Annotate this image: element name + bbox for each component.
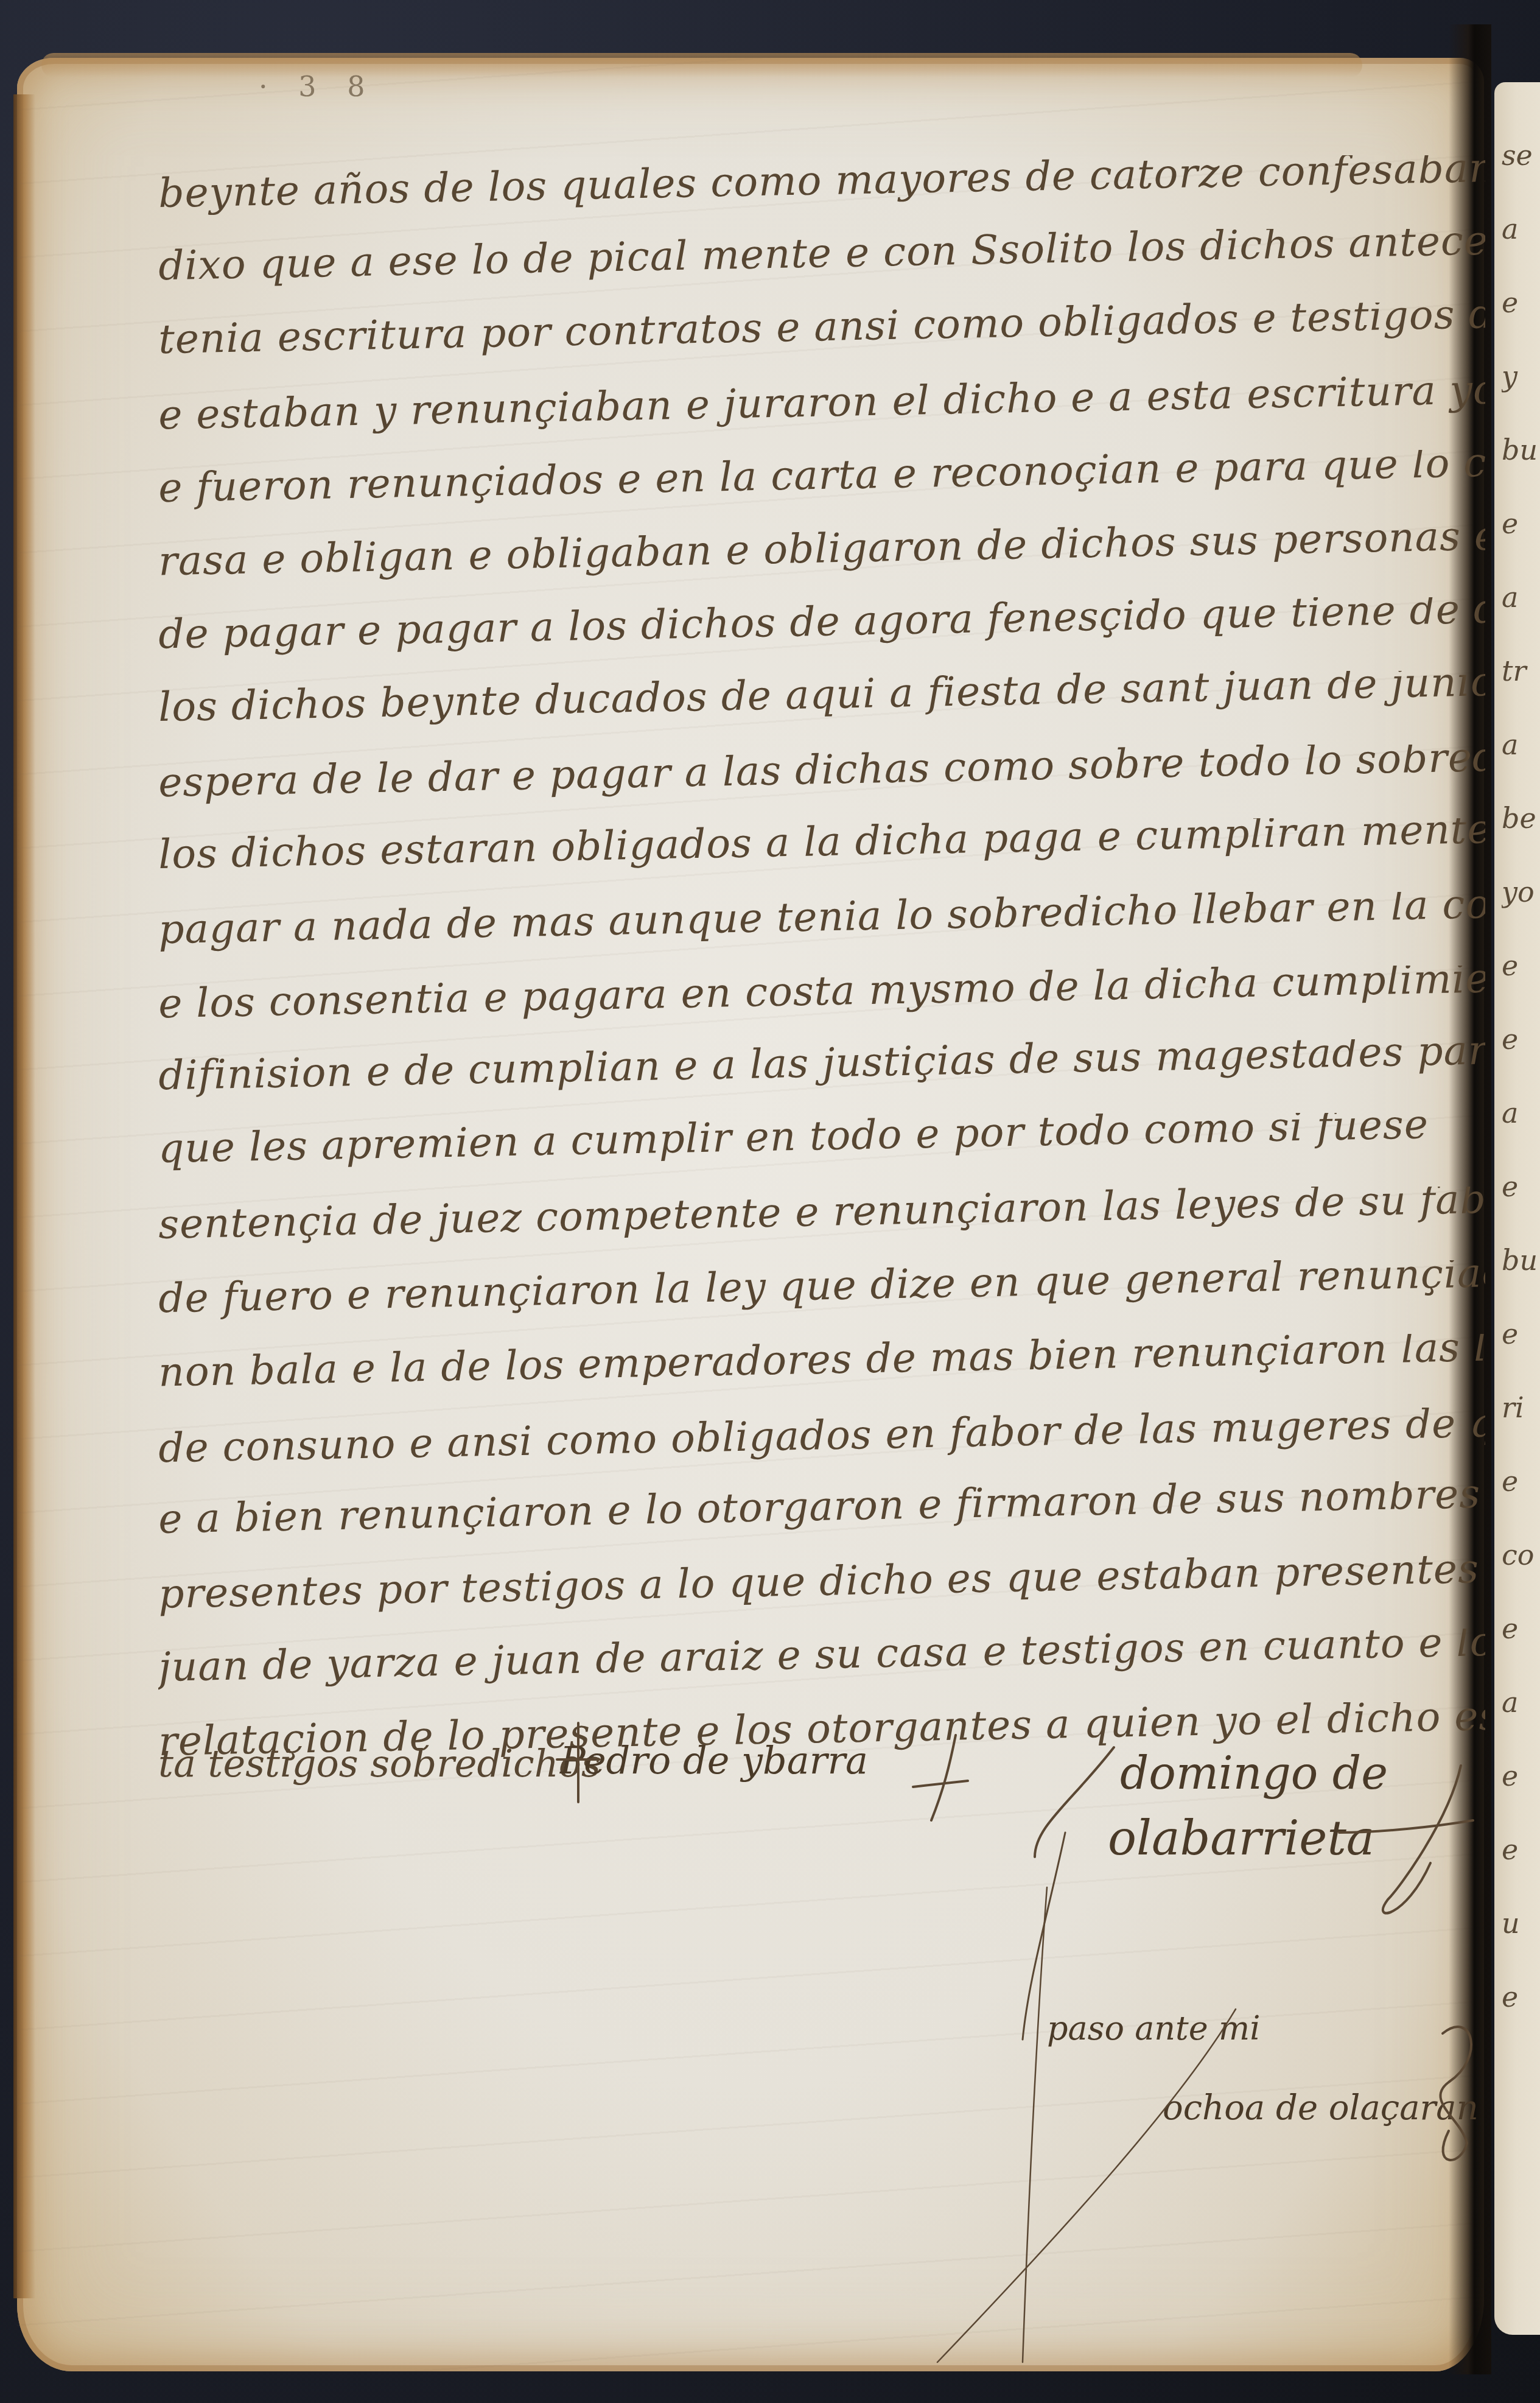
facing-page-fragment: ri	[1502, 1371, 1540, 1445]
facing-page-fragment: e	[1502, 1003, 1540, 1076]
facing-page-text: seaeybueatrabeyoeeaebueriecoeaeeue	[1502, 119, 1540, 2034]
text-line: presentes por testigos a lo que dicho es…	[158, 1555, 1485, 1629]
text-line: beynte años de los quales como mayores d…	[158, 155, 1485, 229]
facing-page-fragment: se	[1502, 119, 1540, 192]
text-line: e los consentia e pagara en costa mysmo …	[158, 966, 1485, 1039]
facing-page-fragment: e	[1502, 1813, 1540, 1887]
text-line: non bala e la de los emperadores de mas …	[158, 1334, 1485, 1408]
text-line: e estaban y renunçiaban e juraron el dic…	[158, 376, 1485, 450]
page-left-edge	[13, 94, 35, 2298]
text-line: dixo que a ese lo de pical mente e con S…	[158, 229, 1485, 303]
witness-line: ta testigos sobredichos	[158, 1741, 601, 1786]
signature-domingo-line2: olabarrieta	[1108, 1811, 1374, 1866]
text-line: los dichos estaran obligados a la dicha …	[158, 818, 1485, 892]
manuscript-body: beynte años de los quales como mayores d…	[158, 155, 1485, 1776]
text-line: e fueron renunçiados e en la carta e rec…	[158, 450, 1485, 524]
facing-page-fragment: e	[1502, 1445, 1540, 1518]
facing-page-fragment: yo	[1502, 855, 1540, 929]
text-line: que les apremien a cumplir en todo e por…	[158, 1113, 1485, 1187]
facing-page-fragment: co	[1502, 1518, 1540, 1592]
text-line: de fuero e renunçiaron la ley que dize e…	[158, 1260, 1485, 1334]
signature-domingo-line1: domingo de	[1120, 1747, 1388, 1800]
text-line: difinision e de cumplian e a las justiçi…	[158, 1039, 1485, 1113]
facing-page-fragment: e	[1502, 1297, 1540, 1371]
facing-page-fragment: y	[1502, 340, 1540, 413]
facing-page-fragment: a	[1502, 1666, 1540, 1739]
facing-page-fragment: e	[1502, 929, 1540, 1003]
text-line: rasa e obligan e obligaban e obligaron d…	[158, 524, 1485, 597]
facing-page-fragment: u	[1502, 1887, 1540, 1960]
facing-page-fragment: bu	[1502, 1224, 1540, 1297]
facing-page-fragment: be	[1502, 782, 1540, 855]
facing-page-fragment: a	[1502, 708, 1540, 782]
passed-before-me-note: paso ante mi	[1047, 2009, 1260, 2047]
text-line: de pagar e pagar a los dichos de agora f…	[158, 597, 1485, 671]
facing-page: seaeybueatrabeyoeeaebueriecoeaeeue	[1494, 82, 1540, 2335]
notary-signature: ochoa de olaçaran	[1163, 2088, 1479, 2128]
text-line: tenia escritura por contratos e ansi com…	[158, 303, 1485, 376]
text-line: e a bien renunçiaron e lo otorgaron e fi…	[158, 1481, 1485, 1555]
text-line: juan de yarza e juan de araiz e su casa …	[158, 1629, 1485, 1702]
signature-pedro-de-ybarra: Pedro de ybarra	[560, 1738, 868, 1783]
facing-page-fragment: a	[1502, 192, 1540, 266]
text-line: de consuno e ansi como obligados en fabo…	[158, 1408, 1485, 1481]
facing-page-fragment: e	[1502, 1592, 1540, 1666]
facing-page-fragment: a	[1502, 1076, 1540, 1150]
facing-page-fragment: e	[1502, 1150, 1540, 1224]
text-line: los dichos beynte ducados de aqui a fies…	[158, 671, 1485, 745]
text-line: espera de le dar e pagar a las dichas co…	[158, 745, 1485, 818]
facing-page-fragment: e	[1502, 1960, 1540, 2034]
facing-page-fragment: tr	[1502, 634, 1540, 708]
facing-page-fragment: a	[1502, 561, 1540, 634]
facing-page-fragment: e	[1502, 266, 1540, 340]
folio-number: · 3 8	[259, 70, 376, 103]
text-line: pagar a nada de mas aunque tenia lo sobr…	[158, 892, 1485, 966]
facing-page-fragment: e	[1502, 1739, 1540, 1813]
facing-page-fragment: e	[1502, 487, 1540, 561]
facing-page-fragment: bu	[1502, 413, 1540, 487]
page-top-edge	[41, 53, 1362, 77]
text-line: sentençia de juez competente e renunçiar…	[158, 1187, 1485, 1260]
